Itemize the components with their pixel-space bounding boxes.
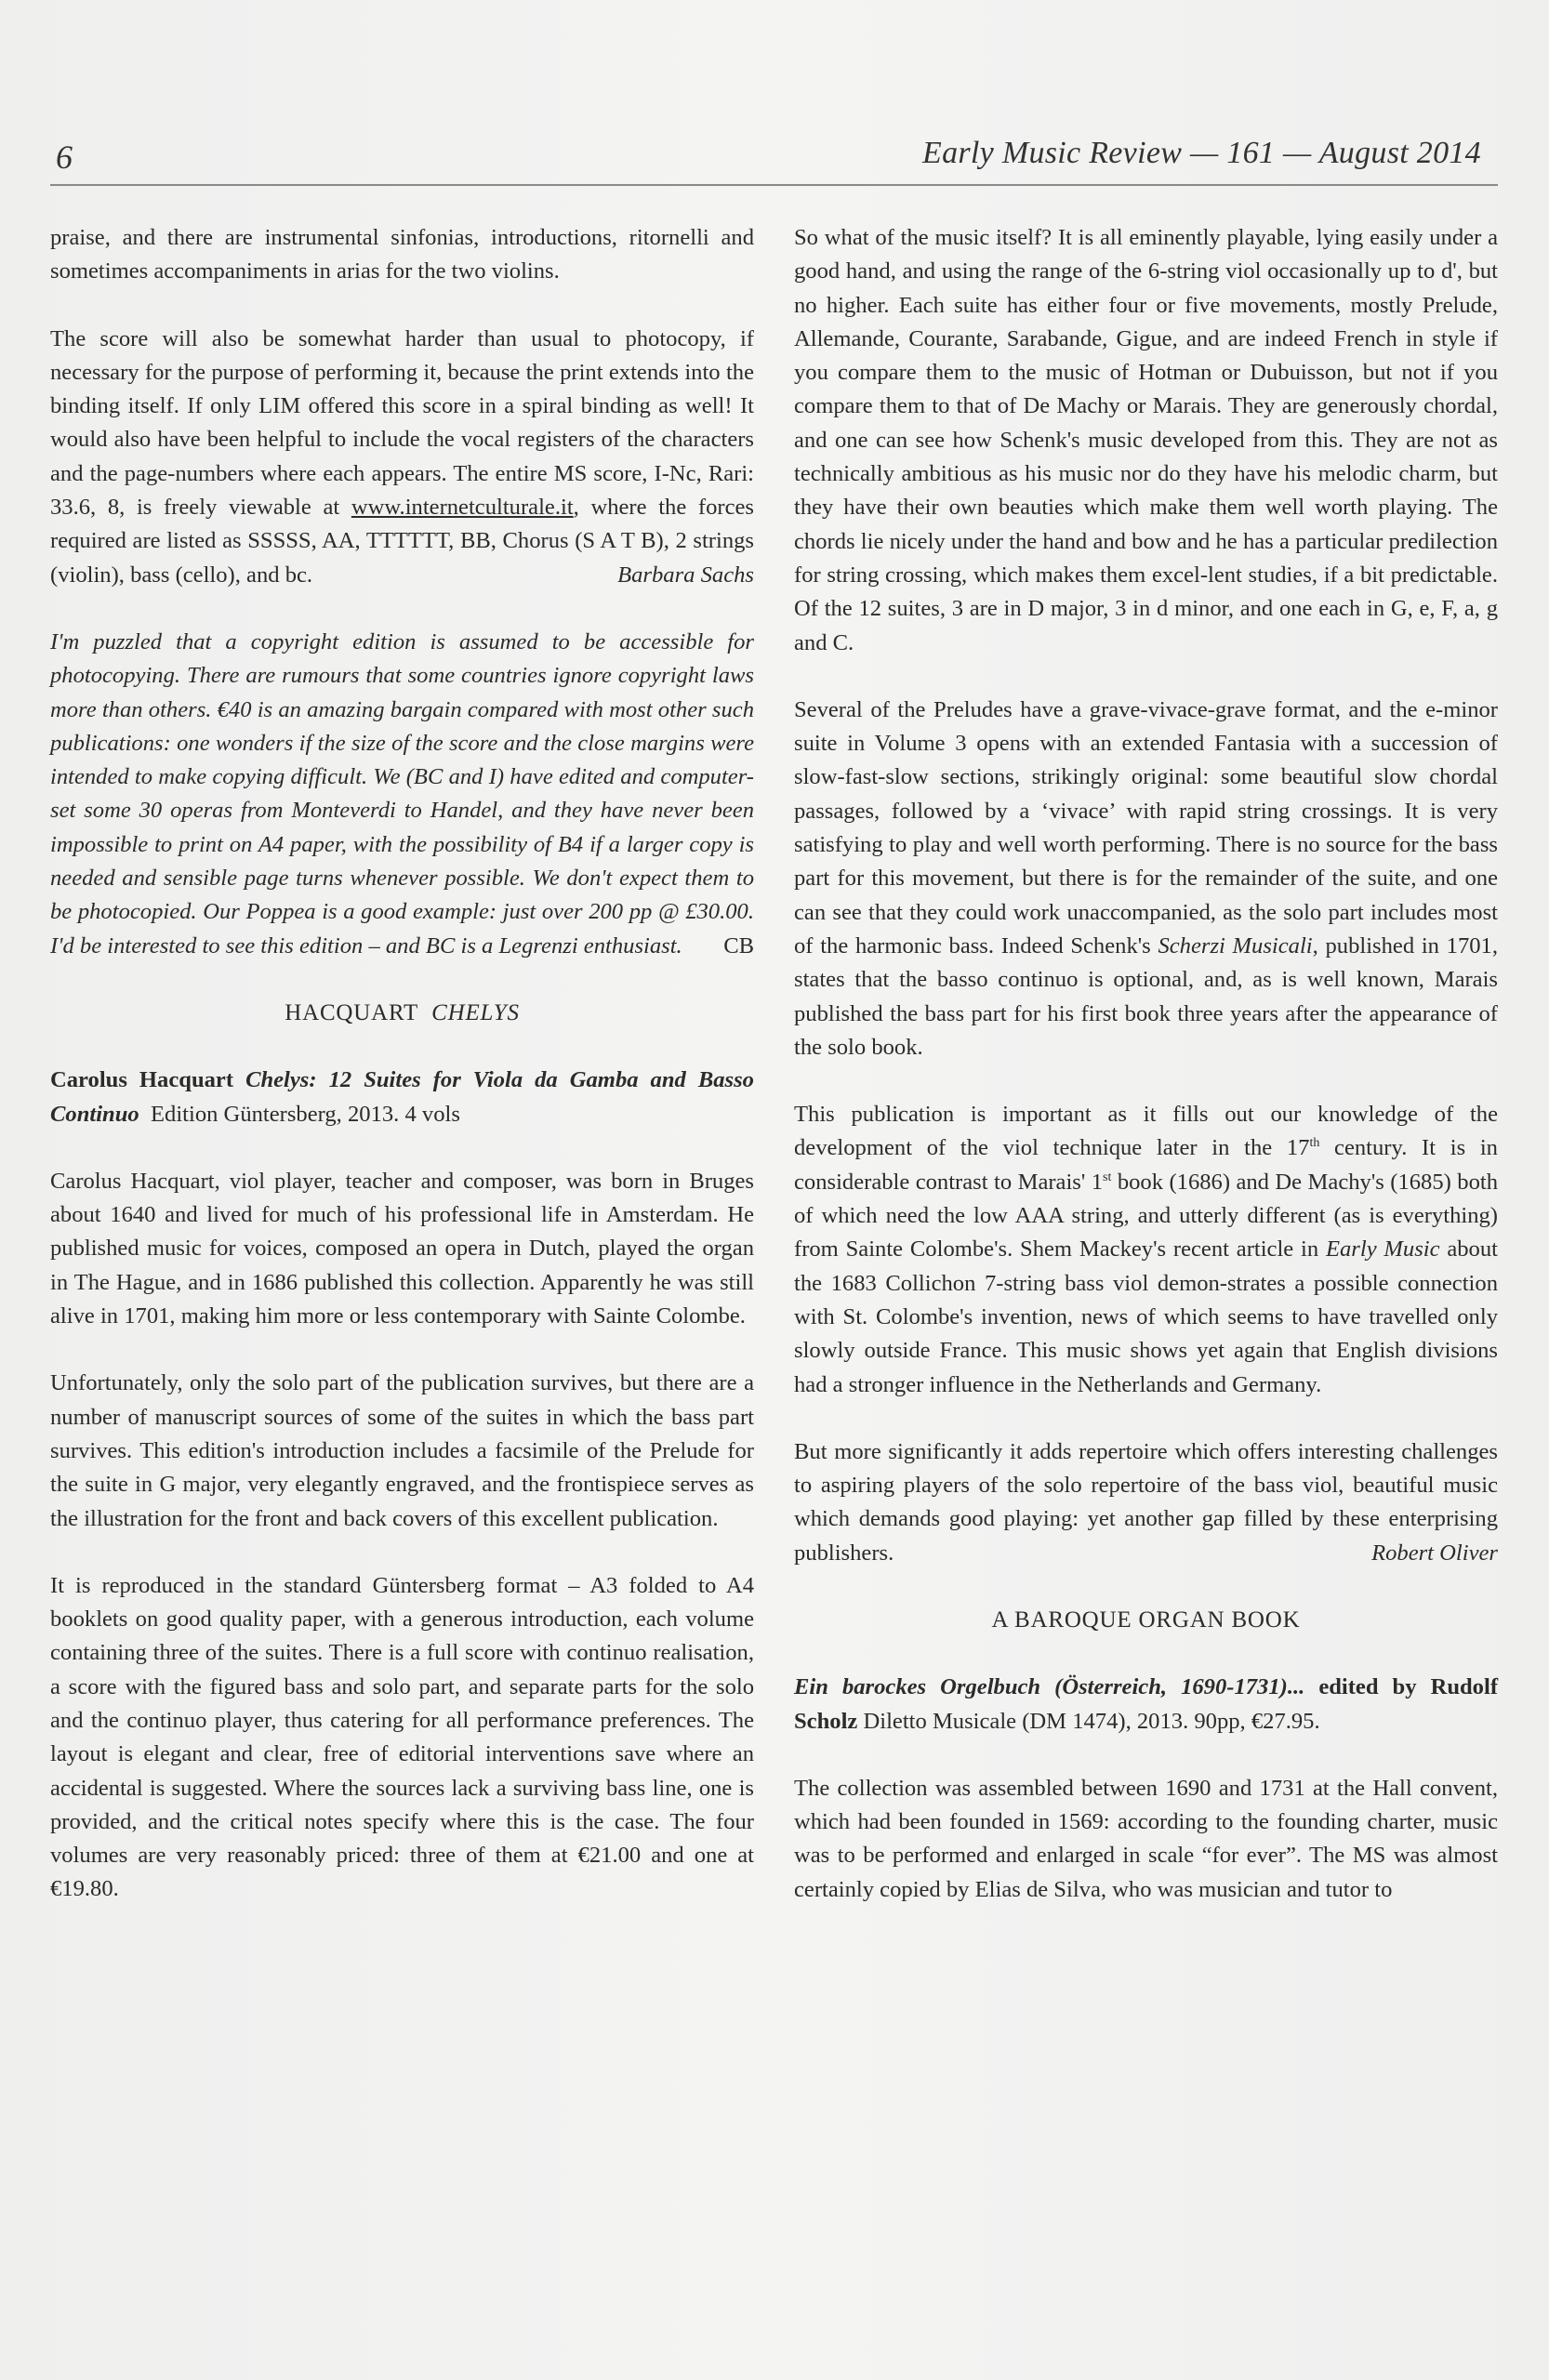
- paragraph-text: The score will also be somewhat harder t…: [50, 326, 754, 520]
- review-paragraph: The collection was assembled between 169…: [794, 1772, 1498, 1907]
- citation-author: Carolus Hacquart: [50, 1067, 233, 1092]
- heading-composer: HACQUART: [285, 1000, 418, 1025]
- reviewer-signature: Barbara Sachs: [617, 559, 754, 592]
- journal-title: Early Music: [1326, 1236, 1440, 1262]
- review-paragraph: The score will also be somewhat harder t…: [50, 323, 754, 592]
- journal-issue-line: Early Music Review — 161 — August 2014: [922, 136, 1481, 171]
- editor-note-text: I'm puzzled that a copyright edition is …: [50, 629, 754, 959]
- editor-signature: CB: [723, 930, 754, 963]
- ordinal-suffix: st: [1103, 1170, 1111, 1184]
- review-paragraph: praise, and there are instrumental sinfo…: [50, 221, 754, 289]
- page-number: 6: [56, 138, 73, 177]
- left-column: praise, and there are instrumental sinfo…: [50, 221, 754, 1907]
- review-paragraph: This publication is important as it fill…: [794, 1098, 1498, 1402]
- section-heading-baroque-organ-book: A BAROQUE ORGAN BOOK: [794, 1604, 1498, 1637]
- review-paragraph: Unfortunately, only the solo part of the…: [50, 1367, 754, 1535]
- document-page: 6 Early Music Review — 161 — August 2014…: [0, 0, 1549, 2380]
- review-paragraph: So what of the music itself? It is all e…: [794, 221, 1498, 660]
- bibliographic-citation: Ein barockes Orgelbuch (Österreich, 1690…: [794, 1671, 1498, 1739]
- heading-title: CHELYS: [431, 1000, 520, 1025]
- editor-note: I'm puzzled that a copyright edition is …: [50, 626, 754, 963]
- paragraph-text: Several of the Preludes have a grave-viv…: [794, 697, 1498, 959]
- website-link[interactable]: www.internetculturale.it: [351, 495, 574, 520]
- citation-publisher: Diletto Musicale (DM 1474), 2013. 90pp, …: [863, 1709, 1319, 1734]
- review-paragraph: Carolus Hacquart, viol player, teacher a…: [50, 1165, 754, 1333]
- review-paragraph: It is reproduced in the standard Günters…: [50, 1569, 754, 1907]
- review-paragraph: But more significantly it adds repertoir…: [794, 1435, 1498, 1570]
- right-column: So what of the music itself? It is all e…: [794, 221, 1498, 1907]
- work-title: Scherzi Musicali: [1158, 933, 1312, 959]
- review-paragraph: Several of the Preludes have a grave-viv…: [794, 694, 1498, 1064]
- citation-title: Ein barockes Orgelbuch (Österreich, 1690…: [794, 1674, 1304, 1699]
- ordinal-suffix: th: [1309, 1136, 1319, 1150]
- section-heading-hacquart: HACQUART CHELYS: [50, 997, 754, 1030]
- citation-publisher: Edition Güntersberg, 2013. 4 vols: [151, 1102, 460, 1127]
- reviewer-signature: Robert Oliver: [1371, 1537, 1498, 1570]
- bibliographic-citation: Carolus Hacquart Chelys: 12 Suites for V…: [50, 1064, 754, 1131]
- running-header: 6 Early Music Review — 161 — August 2014: [50, 130, 1498, 186]
